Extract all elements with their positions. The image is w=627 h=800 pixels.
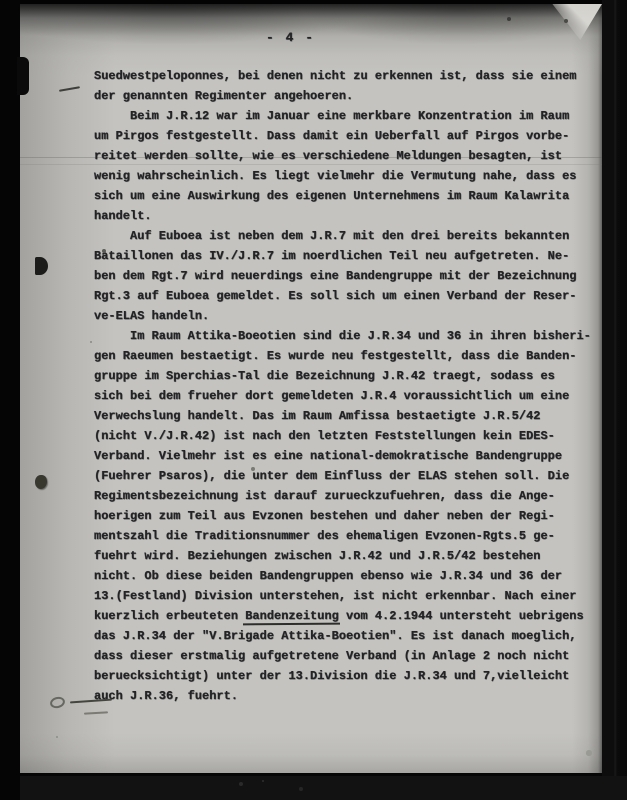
text-line: auch J.R.36, fuehrt. bbox=[94, 686, 591, 706]
text-line: gruppe im Sperchias-Tal die Bezeichnung … bbox=[94, 366, 591, 386]
text-line: Auf Euboea ist neben dem J.R.7 mit den d… bbox=[94, 226, 591, 246]
text-line: Beim J.R.12 war im Januar eine merkbare … bbox=[94, 106, 591, 126]
dust-speckles bbox=[0, 0, 2, 2]
text-line: nicht. Ob diese beiden Bandengruppen ebe… bbox=[94, 566, 591, 586]
text-line: hoerigen zum Teil aus Evzonen bestehen u… bbox=[94, 506, 591, 526]
text-line: wenig wahrscheinlich. Es liegt vielmehr … bbox=[94, 166, 591, 186]
text-line: Suedwestpeloponnes, bei denen nicht zu e… bbox=[94, 66, 591, 86]
scan-photo: - 4 - Suedwestpeloponnes, bei denen nich… bbox=[0, 0, 627, 800]
text-line: reitet werden sollte, wie es verschieden… bbox=[94, 146, 591, 166]
text-line: ve-ELAS handeln. bbox=[94, 306, 591, 326]
text-line: sich bei dem frueher dort gemeldeten J.R… bbox=[94, 386, 591, 406]
text-line: um Pirgos festgestellt. Dass damit ein U… bbox=[94, 126, 591, 146]
text-line: der genannten Regimenter angehoeren. bbox=[94, 86, 591, 106]
text-line: Bataillonen das IV./J.R.7 im noerdlichen… bbox=[94, 246, 591, 266]
text-line: (Fuehrer Psaros), die unter dem Einfluss… bbox=[94, 466, 591, 486]
text-line: sich um eine Auswirkung des eigenen Unte… bbox=[94, 186, 591, 206]
text-line: Rgt.3 auf Euboea gemeldet. Es soll sich … bbox=[94, 286, 591, 306]
text-line: Verwechslung handelt. Das im Raum Amfiss… bbox=[94, 406, 591, 426]
text-line: ben dem Rgt.7 wird neuerdings eine Bande… bbox=[94, 266, 591, 286]
text-line: beruecksichtigt) unter der 13.Division d… bbox=[94, 666, 591, 686]
text-line: kuerzlich erbeuteten Bandenzeitung vom 4… bbox=[94, 606, 591, 626]
typewritten-text: Suedwestpeloponnes, bei denen nicht zu e… bbox=[94, 66, 591, 706]
text-line: gen Raeumen bestaetigt. Es wurde neu fes… bbox=[94, 346, 591, 366]
text-line: 13.(Festland) Division unterstehen, ist … bbox=[94, 586, 591, 606]
film-border-left bbox=[0, 0, 20, 800]
text-line: Regimentsbezeichnung ist darauf zurueckz… bbox=[94, 486, 591, 506]
text-line: mentszahl die Traditionsnummer des ehema… bbox=[94, 526, 591, 546]
film-border-bottom bbox=[0, 776, 627, 800]
text-line: Verband. Vielmehr ist es eine national-d… bbox=[94, 446, 591, 466]
page-number: - 4 - bbox=[266, 30, 315, 45]
filing-tab-mark bbox=[17, 57, 29, 95]
text-line: das J.R.34 der "V.Brigade Attika-Boeotie… bbox=[94, 626, 591, 646]
text-line: handelt. bbox=[94, 206, 591, 226]
film-border-right bbox=[602, 0, 627, 800]
text-line: fuehrt wird. Beziehungen zwischen J.R.42… bbox=[94, 546, 591, 566]
text-line: dass dieser erstmalig aufgetretene Verba… bbox=[94, 646, 591, 666]
text-line: Im Raum Attika-Boeotien sind die J.R.34 … bbox=[94, 326, 591, 346]
text-line: (nicht V./J.R.42) ist nach den letzten F… bbox=[94, 426, 591, 446]
